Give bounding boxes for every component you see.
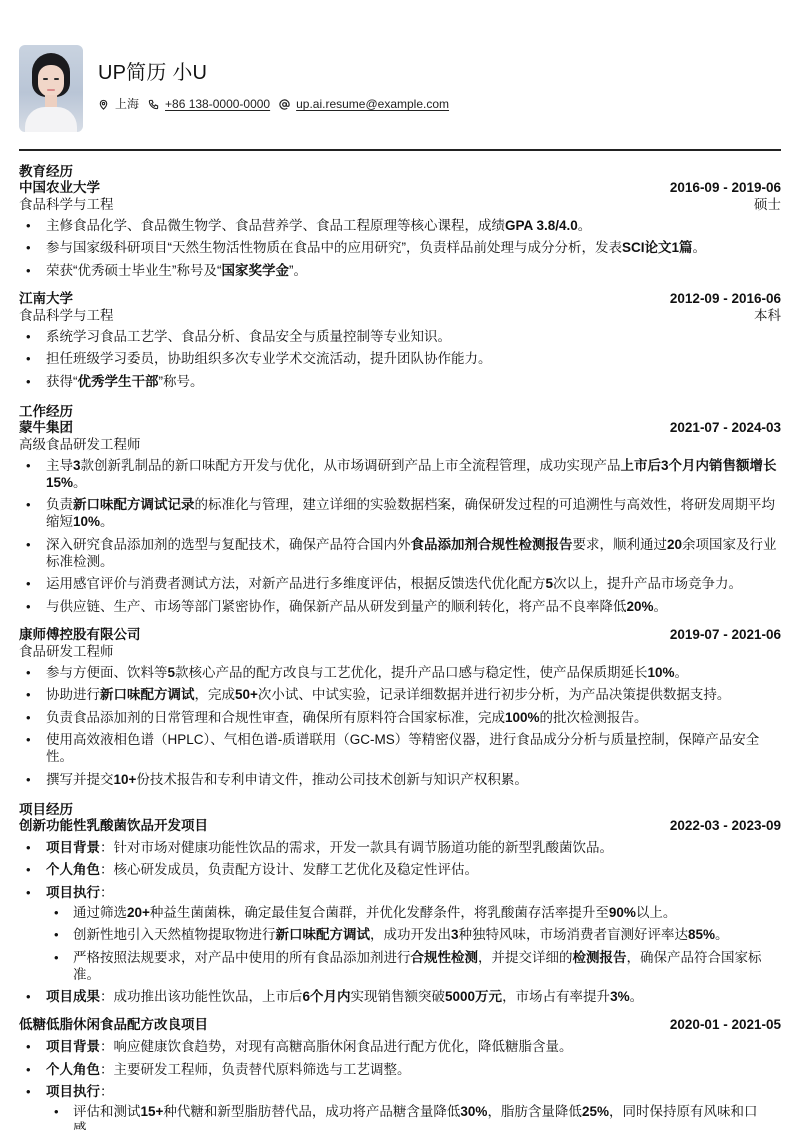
text-run: 参与方便面、饮料等 — [46, 665, 168, 680]
text-run: ：针对市场对健康功能性饮品的需求，开发一款具有调节肠道功能的新型乳酸菌饮品。 — [100, 840, 613, 855]
emphasis-text: 6个月内 — [303, 989, 351, 1004]
emphasis-text: 检测报告 — [573, 950, 627, 965]
text-run: 。 — [654, 599, 668, 614]
entry-header: 创新功能性乳酸菌饮品开发项目2022-03 - 2023-09 — [19, 818, 781, 834]
project-item: 个人角色：核心研发成员，负责配方设计、发酵工艺优化及稳定性评估。 — [19, 861, 781, 878]
entry-header: 低糖低脂休闲食品配方改良项目2020-01 - 2021-05 — [19, 1017, 781, 1033]
item-label: 项目执行 — [46, 885, 100, 900]
emphasis-text: 25% — [582, 1104, 609, 1119]
date-range: 2020-01 - 2021-05 — [670, 1017, 781, 1033]
entry-header: 康师傅控股有限公司2019-07 - 2021-06 — [19, 627, 781, 643]
bullet-list: 系统学习食品工艺学、食品分析、食品安全与质量控制等专业知识。担任班级学习委员，协… — [19, 328, 781, 390]
sub-bullet-item: 严格按照法规要求，对产品中使用的所有食品添加剂进行合规性检测，并提交详细的检测报… — [46, 949, 777, 983]
text-run: 。 — [675, 665, 689, 680]
school-name: 江南大学 — [19, 291, 73, 307]
emphasis-text: 5000万元 — [445, 989, 502, 1004]
sub-bullet-list: 评估和测试15+种代糖和新型脂肪替代品，成功将产品糖含量降低30%，脂肪含量降低… — [46, 1103, 777, 1130]
bullet-item: 负责食品添加剂的日常管理和合规性审查，确保所有原料符合国家标准，完成100%的批… — [19, 709, 781, 726]
emphasis-text: 3% — [610, 989, 630, 1004]
emphasis-text: 5 — [168, 665, 176, 680]
text-run: 通过筛选 — [73, 905, 127, 920]
text-run: ”称号。 — [159, 374, 204, 389]
education-entry: 中国农业大学2016-09 - 2019-06食品科学与工程硕士主修食品化学、食… — [19, 180, 781, 279]
text-run: 与供应链、生产、市场等部门紧密协作，确保新产品从研发到量产的顺利转化，将产品不良… — [46, 599, 627, 614]
text-run: 深入研究食品添加剂的选型与复配技术，确保产品符合国内外 — [46, 537, 411, 552]
text-run: 实现销售额突破 — [351, 989, 446, 1004]
at-sign-icon — [279, 99, 290, 110]
emphasis-text: 合规性检测 — [411, 950, 479, 965]
date-range: 2022-03 - 2023-09 — [670, 818, 781, 834]
text-run: ： — [100, 1084, 114, 1099]
text-run: 。 — [630, 989, 644, 1004]
item-label: 项目背景 — [46, 840, 100, 855]
project-item: 项目背景：针对市场对健康功能性饮品的需求，开发一款具有调节肠道功能的新型乳酸菌饮… — [19, 839, 781, 856]
text-run: 款核心产品的配方改良与工艺优化，提升产品口感与稳定性，使产品保质期延长 — [175, 665, 648, 680]
text-run: 。 — [578, 218, 592, 233]
item-label: 个人角色 — [46, 1062, 100, 1077]
text-run: ，脂肪含量降低 — [487, 1104, 582, 1119]
section-title-work: 工作经历 — [19, 404, 781, 420]
company-name: 蒙牛集团 — [19, 420, 73, 436]
text-run: 运用感官评价与消费者测试方法，对新产品进行多维度评估，根据反馈迭代优化配方 — [46, 576, 546, 591]
text-run: 获得“ — [46, 374, 78, 389]
bullet-item: 协助进行新口味配方调试，完成50+次小试、中试实验，记录详细数据并进行初步分析，… — [19, 686, 781, 703]
work-section: 工作经历 蒙牛集团2021-07 - 2024-03高级食品研发工程师主导3款创… — [19, 404, 781, 788]
text-run: ：成功推出该功能性饮品，上市后 — [100, 989, 303, 1004]
emphasis-text: 15+ — [141, 1104, 164, 1119]
text-run: ：主要研发工程师，负责替代原料筛选与工艺调整。 — [100, 1062, 411, 1077]
entry-subheader: 食品研发工程师 — [19, 643, 781, 660]
text-run: 的批次检测报告。 — [540, 710, 648, 725]
text-run: ，完成 — [195, 687, 236, 702]
contact-row: 上海 +86 138-0000-0000 up.ai.resume@exampl… — [98, 96, 458, 112]
item-label: 项目背景 — [46, 1039, 100, 1054]
date-range: 2019-07 - 2021-06 — [670, 627, 781, 643]
bullet-item: 深入研究食品添加剂的选型与复配技术，确保产品符合国内外食品添加剂合规性检测报告要… — [19, 536, 781, 570]
bullet-item: 系统学习食品工艺学、食品分析、食品安全与质量控制等专业知识。 — [19, 328, 781, 345]
text-run: 。 — [715, 927, 729, 942]
emphasis-text: 30% — [460, 1104, 487, 1119]
bullet-list: 项目背景：针对市场对健康功能性饮品的需求，开发一款具有调节肠道功能的新型乳酸菌饮… — [19, 839, 781, 1006]
map-pin-icon — [98, 99, 109, 110]
emphasis-text: 20 — [667, 537, 682, 552]
bullet-item: 与供应链、生产、市场等部门紧密协作，确保新产品从研发到量产的顺利转化，将产品不良… — [19, 598, 781, 615]
text-run: 。 — [693, 240, 707, 255]
company-name: 康师傅控股有限公司 — [19, 627, 141, 643]
text-run: 创新性地引入天然植物提取物进行 — [73, 927, 276, 942]
location-text: 上海 — [115, 96, 139, 112]
text-run: 负责 — [46, 497, 73, 512]
work-entry: 蒙牛集团2021-07 - 2024-03高级食品研发工程师主导3款创新乳制品的… — [19, 420, 781, 615]
bullet-list: 参与方便面、饮料等5款核心产品的配方改良与工艺优化，提升产品口感与稳定性，使产品… — [19, 664, 781, 788]
bullet-list: 主修食品化学、食品微生物学、食品营养学、食品工程原理等核心课程，成绩GPA 3.… — [19, 217, 781, 279]
emphasis-text: 新口味配方调试 — [276, 927, 371, 942]
text-run: ，市场占有率提升 — [502, 989, 610, 1004]
text-run: 主修食品化学、食品微生物学、食品营养学、食品工程原理等核心课程，成绩 — [46, 218, 505, 233]
text-run: 系统学习食品工艺学、食品分析、食品安全与质量控制等专业知识。 — [46, 329, 451, 344]
item-label: 项目执行 — [46, 1084, 100, 1099]
bullet-item: 使用高效液相色谱（HPLC）、气相色谱-质谱联用（GC-MS）等精密仪器，进行食… — [19, 731, 781, 765]
project-item: 项目成果：成功推出该功能性饮品，上市后6个月内实现销售额突破5000万元，市场占… — [19, 988, 781, 1005]
bullet-item: 参与国家级科研项目“天然生物活性物质在食品中的应用研究”，负责样品前处理与成分分… — [19, 239, 781, 256]
bullet-list: 项目背景：响应健康饮食趋势，对现有高糖高脂休闲食品进行配方优化，降低糖脂含量。个… — [19, 1038, 781, 1130]
project-name: 创新功能性乳酸菌饮品开发项目 — [19, 818, 208, 834]
text-run: 种代糖和新型脂肪替代品，成功将产品糖含量降低 — [163, 1104, 460, 1119]
text-run: ”。 — [289, 263, 307, 278]
text-run: 种益生菌菌株，确定最佳复合菌群，并优化发酵条件，将乳酸菌存活率提升至 — [150, 905, 609, 920]
education-entry: 江南大学2012-09 - 2016-06食品科学与工程本科系统学习食品工艺学、… — [19, 291, 781, 390]
header-info: UP简历 小U 上海 +86 138-0000-0000 up.ai.resum… — [98, 60, 458, 112]
text-run: 荣获“优秀硕士毕业生”称号及“ — [46, 263, 222, 278]
emphasis-text: 3 — [73, 458, 81, 473]
entry-header: 中国农业大学2016-09 - 2019-06 — [19, 180, 781, 196]
major: 食品科学与工程 — [19, 307, 114, 324]
sub-bullet-item: 评估和测试15+种代糖和新型脂肪替代品，成功将产品糖含量降低30%，脂肪含量降低… — [46, 1103, 777, 1130]
profile-photo — [19, 45, 83, 132]
job-title: 食品研发工程师 — [19, 643, 114, 660]
text-run: ：响应健康饮食趋势，对现有高糖高脂休闲食品进行配方优化，降低糖脂含量。 — [100, 1039, 573, 1054]
entry-subheader: 食品科学与工程本科 — [19, 307, 781, 324]
bullet-item: 运用感官评价与消费者测试方法，对新产品进行多维度评估，根据反馈迭代优化配方5次以… — [19, 575, 781, 592]
date-range: 2021-07 - 2024-03 — [670, 420, 781, 436]
project-entry: 创新功能性乳酸菌饮品开发项目2022-03 - 2023-09项目背景：针对市场… — [19, 818, 781, 1006]
bullet-item: 撰写并提交10+份技术报告和专利申请文件，推动公司技术创新与知识产权积累。 — [19, 771, 781, 788]
section-title-education: 教育经历 — [19, 164, 781, 180]
item-label: 个人角色 — [46, 862, 100, 877]
text-run: 以上。 — [636, 905, 677, 920]
emphasis-text: 10+ — [114, 772, 137, 787]
bullet-list: 主导3款创新乳制品的新口味配方开发与优化，从市场调研到产品上市全流程管理，成功实… — [19, 457, 781, 615]
text-run: 要求，顺利通过 — [573, 537, 668, 552]
text-run: 协助进行 — [46, 687, 100, 702]
entry-header: 蒙牛集团2021-07 - 2024-03 — [19, 420, 781, 436]
bullet-item: 主导3款创新乳制品的新口味配方开发与优化，从市场调研到产品上市全流程管理，成功实… — [19, 457, 781, 491]
projects-section: 项目经历 创新功能性乳酸菌饮品开发项目2022-03 - 2023-09项目背景… — [19, 802, 781, 1130]
text-run: ，并提交详细的 — [478, 950, 573, 965]
section-title-projects: 项目经历 — [19, 802, 781, 818]
emphasis-text: 90% — [609, 905, 636, 920]
emphasis-text: 食品添加剂合规性检测报告 — [411, 537, 573, 552]
text-run: 担任班级学习委员，协助组织多次专业学术交流活动，提升团队协作能力。 — [46, 351, 492, 366]
email-link[interactable]: up.ai.resume@example.com — [296, 96, 449, 112]
emphasis-text: 国家奖学金 — [222, 263, 290, 278]
work-entry: 康师傅控股有限公司2019-07 - 2021-06食品研发工程师参与方便面、饮… — [19, 627, 781, 788]
bullet-item: 荣获“优秀硕士毕业生”称号及“国家奖学金”。 — [19, 262, 781, 279]
bullet-item: 负责新口味配方调试记录的标准化与管理，建立详细的实验数据档案，确保研发过程的可追… — [19, 496, 781, 530]
entry-header: 江南大学2012-09 - 2016-06 — [19, 291, 781, 307]
job-title: 高级食品研发工程师 — [19, 436, 141, 453]
emphasis-text: SCI论文1篇 — [622, 240, 693, 255]
candidate-name: UP简历 小U — [98, 60, 458, 87]
emphasis-text: 优秀学生干部 — [78, 374, 159, 389]
emphasis-text: 5 — [546, 576, 554, 591]
resume-page: UP简历 小U 上海 +86 138-0000-0000 up.ai.resum… — [0, 0, 800, 1130]
emphasis-text: 3 — [451, 927, 459, 942]
text-run: 参与国家级科研项目“天然生物活性物质在食品中的应用研究”，负责样品前处理与成分分… — [46, 240, 622, 255]
bullet-item: 主修食品化学、食品微生物学、食品营养学、食品工程原理等核心课程，成绩GPA 3.… — [19, 217, 781, 234]
resume-header: UP简历 小U 上海 +86 138-0000-0000 up.ai.resum… — [19, 0, 781, 132]
item-label: 项目成果 — [46, 989, 100, 1004]
contact-phone[interactable]: +86 138-0000-0000 — [148, 96, 270, 112]
emphasis-text: 100% — [505, 710, 540, 725]
text-run: 次小试、中试实验，记录详细数据并进行初步分析，为产品决策提供数据支持。 — [258, 687, 731, 702]
school-name: 中国农业大学 — [19, 180, 100, 196]
emphasis-text: 20+ — [127, 905, 150, 920]
text-run: 负责食品添加剂的日常管理和合规性审查，确保所有原料符合国家标准，完成 — [46, 710, 505, 725]
phone-link[interactable]: +86 138-0000-0000 — [165, 96, 270, 112]
bullet-item: 参与方便面、饮料等5款核心产品的配方改良与工艺优化，提升产品口感与稳定性，使产品… — [19, 664, 781, 681]
emphasis-text: 50+ — [235, 687, 258, 702]
project-item: 个人角色：主要研发工程师，负责替代原料筛选与工艺调整。 — [19, 1061, 781, 1078]
sub-bullet-item: 创新性地引入天然植物提取物进行新口味配方调试，成功开发出3种独特风味，市场消费者… — [46, 926, 777, 943]
text-run: ：核心研发成员，负责配方设计、发酵工艺优化及稳定性评估。 — [100, 862, 478, 877]
project-item: 项目执行：通过筛选20+种益生菌菌株，确定最佳复合菌群，并优化发酵条件，将乳酸菌… — [19, 884, 781, 983]
contact-email[interactable]: up.ai.resume@example.com — [279, 96, 449, 112]
text-run: 使用高效液相色谱（HPLC）、气相色谱-质谱联用（GC-MS）等精密仪器，进行食… — [46, 732, 759, 764]
degree: 本科 — [754, 307, 781, 324]
emphasis-text: 10% — [73, 514, 100, 529]
text-run: 种独特风味，市场消费者盲测好评率达 — [459, 927, 689, 942]
major: 食品科学与工程 — [19, 196, 114, 213]
text-run: 次以上，提升产品市场竞争力。 — [553, 576, 742, 591]
text-run: 份技术报告和专利申请文件，推动公司技术创新与知识产权积累。 — [136, 772, 528, 787]
degree: 硕士 — [754, 196, 781, 213]
emphasis-text: 20% — [627, 599, 654, 614]
emphasis-text: 新口味配方调试记录 — [73, 497, 195, 512]
education-section: 教育经历 中国农业大学2016-09 - 2019-06食品科学与工程硕士主修食… — [19, 164, 781, 390]
bullet-item: 担任班级学习委员，协助组织多次专业学术交流活动，提升团队协作能力。 — [19, 350, 781, 367]
text-run: 。 — [73, 475, 87, 490]
text-run: ： — [100, 885, 114, 900]
emphasis-text: 新口味配方调试 — [100, 687, 195, 702]
project-name: 低糖低脂休闲食品配方改良项目 — [19, 1017, 208, 1033]
phone-icon — [148, 99, 159, 110]
sub-bullet-list: 通过筛选20+种益生菌菌株，确定最佳复合菌群，并优化发酵条件，将乳酸菌存活率提升… — [46, 904, 777, 983]
project-entry: 低糖低脂休闲食品配方改良项目2020-01 - 2021-05项目背景：响应健康… — [19, 1017, 781, 1130]
text-run: ，成功开发出 — [370, 927, 451, 942]
emphasis-text: GPA 3.8/4.0 — [505, 218, 578, 233]
emphasis-text: 10% — [648, 665, 675, 680]
date-range: 2012-09 - 2016-06 — [670, 291, 781, 307]
text-run: 。 — [100, 514, 114, 529]
emphasis-text: 85% — [688, 927, 715, 942]
header-divider — [19, 149, 781, 151]
project-item: 项目背景：响应健康饮食趋势，对现有高糖高脂休闲食品进行配方优化，降低糖脂含量。 — [19, 1038, 781, 1055]
contact-location: 上海 — [98, 96, 139, 112]
sub-bullet-item: 通过筛选20+种益生菌菌株，确定最佳复合菌群，并优化发酵条件，将乳酸菌存活率提升… — [46, 904, 777, 921]
text-run: 严格按照法规要求，对产品中使用的所有食品添加剂进行 — [73, 950, 411, 965]
text-run: 主导 — [46, 458, 73, 473]
text-run: 款创新乳制品的新口味配方开发与优化，从市场调研到产品上市全流程管理，成功实现产品 — [81, 458, 621, 473]
entry-subheader: 高级食品研发工程师 — [19, 436, 781, 453]
project-item: 项目执行：评估和测试15+种代糖和新型脂肪替代品，成功将产品糖含量降低30%，脂… — [19, 1083, 781, 1130]
date-range: 2016-09 - 2019-06 — [670, 180, 781, 196]
text-run: 撰写并提交 — [46, 772, 114, 787]
bullet-item: 获得“优秀学生干部”称号。 — [19, 373, 781, 390]
text-run: 评估和测试 — [73, 1104, 141, 1119]
entry-subheader: 食品科学与工程硕士 — [19, 196, 781, 213]
